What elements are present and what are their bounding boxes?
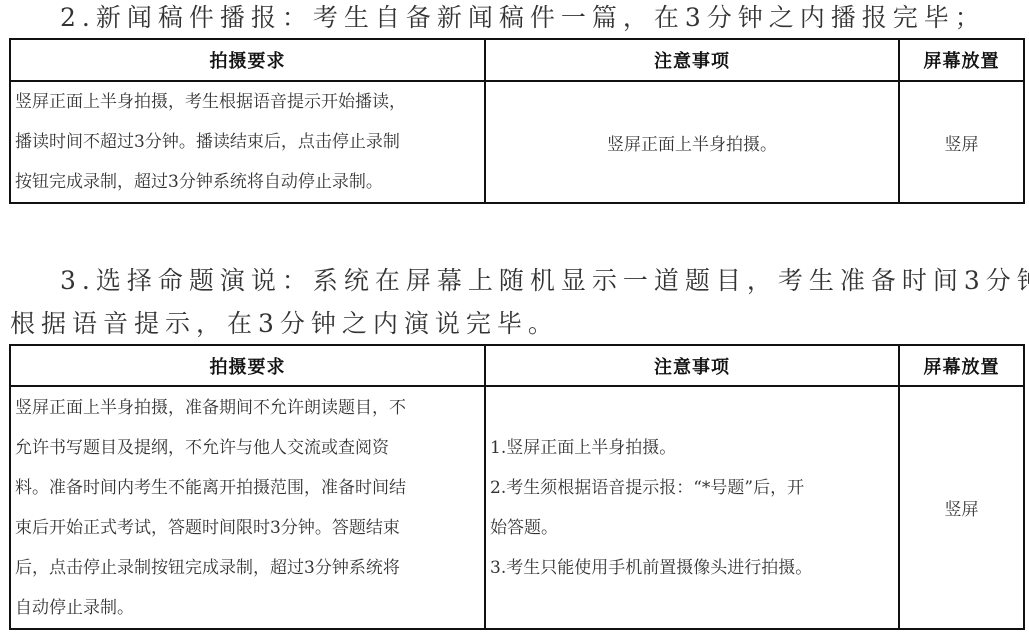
header-screen: 屏幕放置 <box>899 39 1024 81</box>
section-3-heading: 3.选择命题演说：系统在屏幕上随机显示一道题目，考生准备时间3分钟， <box>60 263 1029 299</box>
header-screen: 屏幕放置 <box>899 345 1024 386</box>
requirements-line: 自动停止录制。 <box>15 588 480 628</box>
requirements-line: 允许书写题目及提纲，不允许与他人交流或查阅资 <box>15 428 480 468</box>
table-header-row: 拍摄要求 注意事项 屏幕放置 <box>10 345 1024 386</box>
section-3-heading-line-2: 根据语音提示，在3分钟之内演说完毕。 <box>10 309 559 338</box>
requirements-line: 播读时间不超过3分钟。播读结束后，点击停止录制 <box>15 122 480 162</box>
requirements-line: 料。准备时间内考生不能离开拍摄范围，准备时间结 <box>15 468 480 508</box>
notes-item-1: 1.竖屏正面上半身拍摄。 <box>490 428 894 468</box>
screen-value: 竖屏 <box>945 135 979 155</box>
screen-value: 竖屏 <box>945 500 979 520</box>
table-row: 竖屏正面上半身拍摄，考生根据语音提示开始播读， 播读时间不超过3分钟。播读结束后… <box>10 81 1024 203</box>
section-3-heading-line-1: 3.选择命题演说：系统在屏幕上随机显示一道题目，考生准备时间3分钟， <box>60 266 1029 295</box>
notes-line: 竖屏正面上半身拍摄。 <box>607 135 777 155</box>
header-notes: 注意事项 <box>485 39 899 81</box>
screen-cell: 竖屏 <box>899 386 1024 629</box>
table-header-row: 拍摄要求 注意事项 屏幕放置 <box>10 39 1024 81</box>
notes-cell: 竖屏正面上半身拍摄。 <box>485 81 899 203</box>
requirements-line: 束后开始正式考试，答题时间限时3分钟。答题结束 <box>15 508 480 548</box>
notes-cell: 1.竖屏正面上半身拍摄。 2.考生须根据语音提示报：“*号题”后，开 始答题。 … <box>485 386 899 629</box>
notes-item-3: 3.考生只能使用手机前置摄像头进行拍摄。 <box>490 548 894 588</box>
section-2-heading: 2.新闻稿件播报：考生自备新闻稿件一篇，在3分钟之内播报完毕； <box>60 0 986 36</box>
notes-item-2-continued: 始答题。 <box>490 508 894 548</box>
requirements-line: 竖屏正面上半身拍摄，准备期间不允许朗读题目，不 <box>15 388 480 428</box>
section-3-heading-continued: 根据语音提示，在3分钟之内演说完毕。 <box>10 306 559 342</box>
notes-item-2: 2.考生须根据语音提示报：“*号题”后，开 <box>490 468 894 508</box>
section-2-heading-line-1: 2.新闻稿件播报：考生自备新闻稿件一篇，在3分钟之内播报完毕； <box>60 3 986 32</box>
table-row: 竖屏正面上半身拍摄，准备期间不允许朗读题目，不 允许书写题目及提纲，不允许与他人… <box>10 386 1024 629</box>
requirements-line: 后，点击停止录制按钮完成录制，超过3分钟系统将 <box>15 548 480 588</box>
requirements-line: 竖屏正面上半身拍摄，考生根据语音提示开始播读， <box>15 82 480 122</box>
notes-list: 1.竖屏正面上半身拍摄。 2.考生须根据语音提示报：“*号题”后，开 始答题。 … <box>490 428 894 588</box>
section-2-table: 拍摄要求 注意事项 屏幕放置 竖屏正面上半身拍摄，考生根据语音提示开始播读， 播… <box>9 38 1025 204</box>
header-requirements: 拍摄要求 <box>10 345 485 386</box>
screen-cell: 竖屏 <box>899 81 1024 203</box>
header-requirements: 拍摄要求 <box>10 39 485 81</box>
requirements-cell: 竖屏正面上半身拍摄，准备期间不允许朗读题目，不 允许书写题目及提纲，不允许与他人… <box>10 386 485 629</box>
requirements-cell: 竖屏正面上半身拍摄，考生根据语音提示开始播读， 播读时间不超过3分钟。播读结束后… <box>10 81 485 203</box>
requirements-line: 按钮完成录制，超过3分钟系统将自动停止录制。 <box>15 162 480 202</box>
section-3-table: 拍摄要求 注意事项 屏幕放置 竖屏正面上半身拍摄，准备期间不允许朗读题目，不 允… <box>9 344 1025 630</box>
header-notes: 注意事项 <box>485 345 899 386</box>
